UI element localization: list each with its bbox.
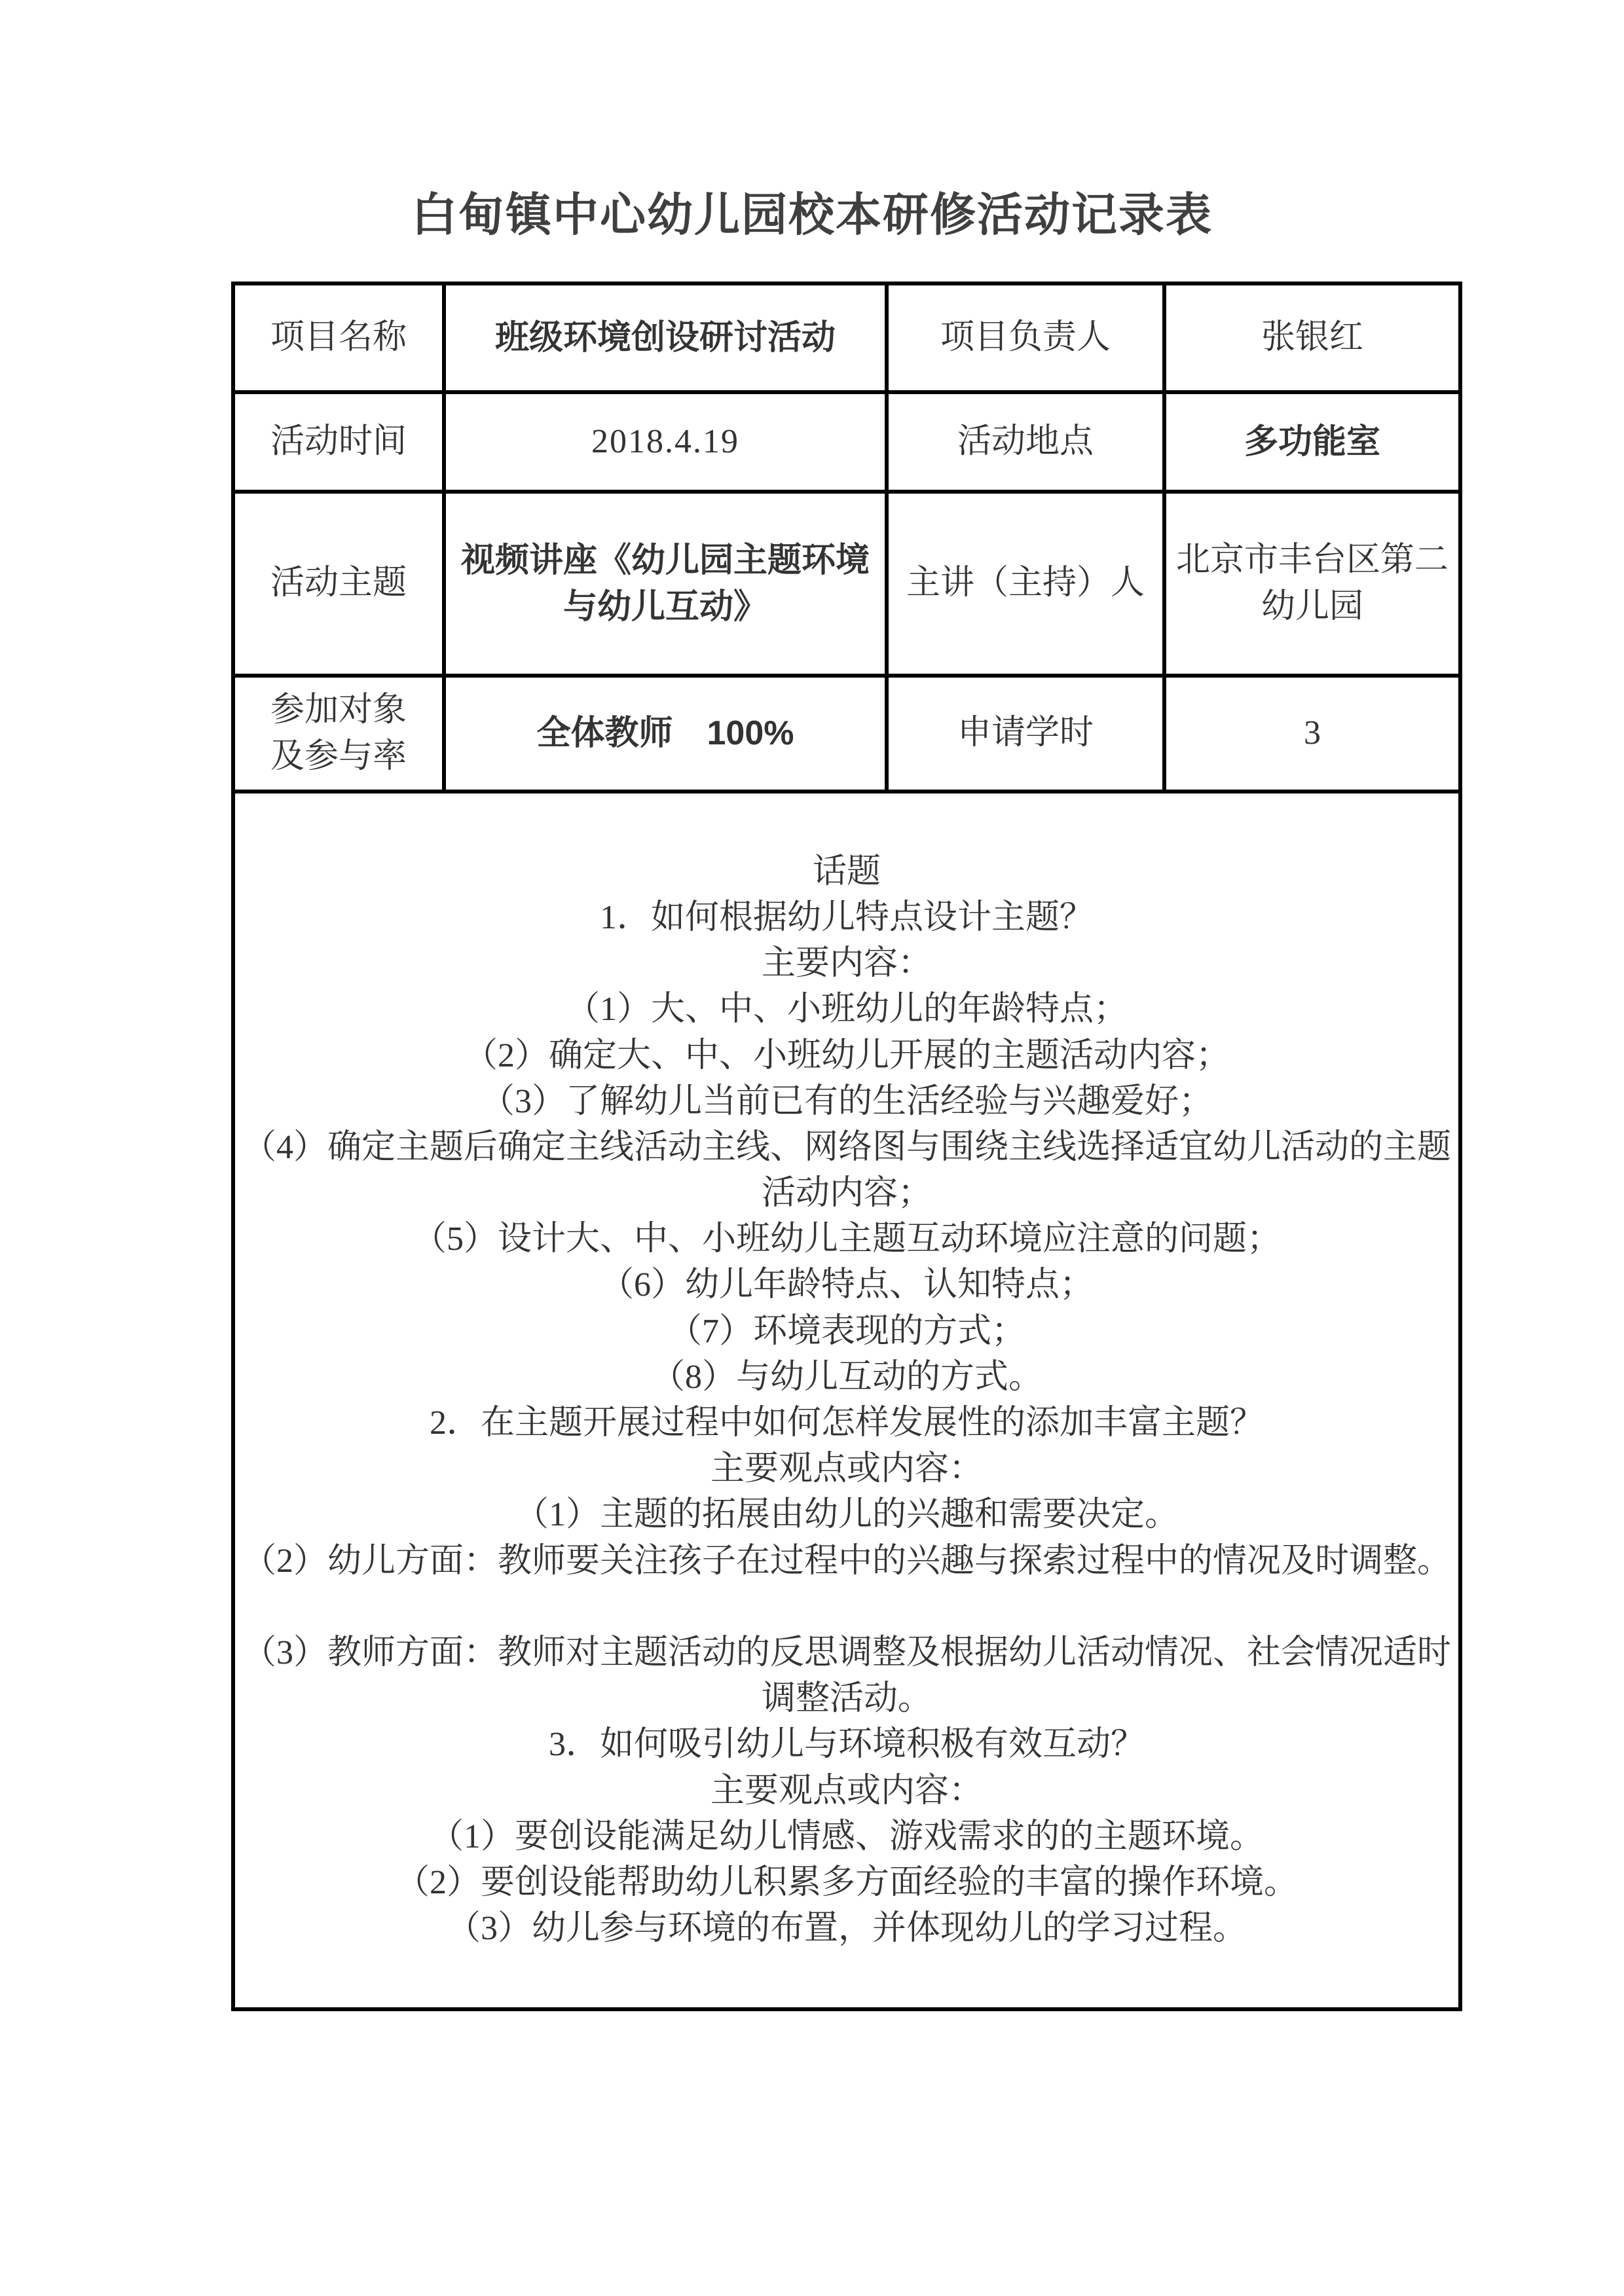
applied-hours-label: 申请学时	[887, 676, 1164, 792]
activity-place-label: 活动地点	[887, 392, 1164, 492]
project-name-value: 班级环境创设研讨活动	[444, 283, 887, 392]
table-row-attendance-hours: 参加对象 及参与率 全体教师 100% 申请学时 3	[233, 676, 1460, 792]
project-leader-label: 项目负责人	[887, 283, 1164, 392]
project-leader-value: 张银红	[1164, 283, 1460, 392]
speaker-label: 主讲（主持）人	[887, 492, 1164, 676]
activity-place-value: 多功能室	[1164, 392, 1460, 492]
table-row-theme-speaker: 活动主题 视频讲座《幼儿园主题环境 与幼儿互动》 主讲（主持）人 北京市丰台区第…	[233, 492, 1460, 676]
attendance-value: 全体教师 100%	[444, 676, 887, 792]
table-row-project: 项目名称 班级环境创设研讨活动 项目负责人 张银红	[233, 283, 1460, 392]
record-table: 项目名称 班级环境创设研讨活动 项目负责人 张银红 活动时间 2018.4.19…	[231, 282, 1462, 2011]
speaker-value: 北京市丰台区第二 幼儿园	[1164, 492, 1460, 676]
activity-time-label: 活动时间	[233, 392, 444, 492]
applied-hours-value: 3	[1164, 676, 1460, 792]
table-row-time-place: 活动时间 2018.4.19 活动地点 多功能室	[233, 392, 1460, 492]
project-name-label: 项目名称	[233, 283, 444, 392]
activity-theme-label: 活动主题	[233, 492, 444, 676]
topics-section: 话题 1．如何根据幼儿特点设计主题？ 主要内容： （1）大、中、小班幼儿的年龄特…	[233, 792, 1460, 2009]
page-title: 白甸镇中心幼儿园校本研修活动记录表	[0, 189, 1624, 241]
activity-time-value: 2018.4.19	[444, 392, 887, 492]
attendance-label: 参加对象 及参与率	[233, 676, 444, 792]
activity-theme-value: 视频讲座《幼儿园主题环境 与幼儿互动》	[444, 492, 887, 676]
table-row-topics: 话题 1．如何根据幼儿特点设计主题？ 主要内容： （1）大、中、小班幼儿的年龄特…	[233, 792, 1460, 2009]
